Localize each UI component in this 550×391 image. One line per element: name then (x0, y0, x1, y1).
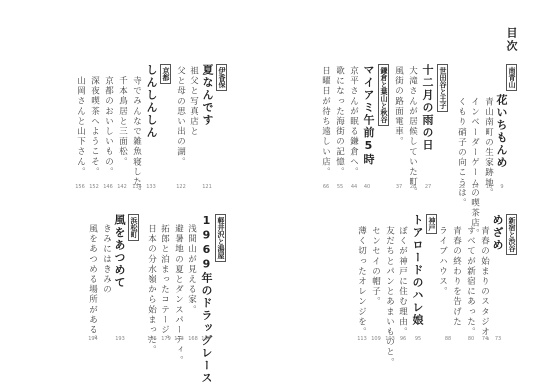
chapter-title[interactable]: しんしんしん (146, 64, 157, 139)
chapter-title[interactable]: 十二月の雨の日 (422, 64, 433, 152)
chapter-title[interactable]: トアロードのハレ娘 (412, 214, 423, 327)
toc-entry[interactable]: 日曜日が待ち遠しい店。 (321, 66, 330, 177)
toc-entry[interactable]: 薄く切ったオレンジを。 (357, 226, 366, 337)
page-number: 168 (188, 336, 198, 342)
chapter-title[interactable]: 夏なんです (202, 64, 213, 127)
toc-entry[interactable]: 山岡さんと山下さん。 (76, 76, 85, 177)
page-number: 167 (201, 336, 211, 342)
page-number: 185 (147, 336, 157, 342)
toc-entry[interactable]: すべてが新宿にあった。 (466, 226, 475, 337)
toc-entry[interactable]: 深夜喫茶へようこそ。 (90, 76, 99, 177)
toc-entry[interactable]: きみにはきみの (102, 224, 111, 295)
page-number: 109 (371, 336, 381, 342)
area-label-kyoto: 京都 (160, 64, 171, 84)
page-number: 173 (174, 336, 184, 342)
chapter-title[interactable]: めざめ (492, 214, 503, 252)
area-label-kamakura-hayama-akiya: 鎌倉と葉山と秋谷 (378, 64, 389, 126)
toc-entry[interactable]: センセイの帽子。 (371, 226, 380, 307)
page-number: 9 (500, 184, 503, 190)
page-number: 40 (364, 184, 370, 190)
toc-entry[interactable]: 寺でみんなで雑魚寝した。 (132, 76, 141, 197)
area-label-minami-aoyama: 南青山 (506, 64, 517, 91)
chapter-title[interactable]: 風をあつめて (114, 214, 125, 289)
toc-entry[interactable]: 青春の終わりを告げた (452, 226, 461, 327)
toc-entry[interactable]: 風街の路面電車。 (394, 66, 403, 147)
page-number: 37 (396, 184, 402, 190)
page-number: 103 (385, 336, 395, 342)
page-number: 142 (117, 184, 127, 190)
toc-entry[interactable]: 歌になった海街の記憶。 (335, 66, 344, 177)
toc-entry[interactable]: 祖父と写真店と (189, 66, 198, 137)
page-number: 96 (400, 336, 406, 342)
chapter-title[interactable]: マイアミ午前5時 (363, 64, 374, 166)
toc-entry[interactable]: インベーダーゲームの喫茶店。 (470, 97, 479, 238)
page-number: 193 (115, 336, 125, 342)
toc-entry[interactable]: 友だちとパンとあまいものと。 (385, 226, 394, 367)
page-number: 179 (161, 336, 171, 342)
page-number: 156 (75, 184, 85, 190)
toc-entry[interactable]: 千本鳥居と三面松。 (118, 76, 127, 167)
toc-entry[interactable]: 青春の始まりのスタジオ。 (480, 226, 489, 347)
page-number: 44 (351, 184, 357, 190)
page-number: 22 (459, 184, 465, 190)
page-number: 74 (482, 336, 488, 342)
toc-entry[interactable]: 浅間山が見える家。 (187, 224, 196, 315)
toc-title: 目次 (506, 27, 517, 53)
area-label-setagaya-oji: 世田谷と王子 (437, 64, 448, 112)
area-label-karuizawa: 軽井沢と湯屋 (215, 214, 226, 262)
chapter-title[interactable]: 花いちもんめ (496, 94, 507, 169)
page-number: 88 (445, 336, 451, 342)
toc-entry[interactable]: くもり硝子の向こうは。 (457, 97, 466, 208)
page-number: 134 (132, 184, 142, 190)
toc-entry[interactable]: 拓郎と泊まったコテージ。 (160, 224, 169, 345)
page-number: 73 (495, 336, 501, 342)
page-number: 28 (410, 184, 416, 190)
toc-entry[interactable]: 京都のおいしいもの。 (104, 76, 113, 177)
page-number: 133 (146, 184, 156, 190)
toc-entry[interactable]: 青山南町の生家跡地。 (484, 97, 493, 198)
chapter-title[interactable]: 1969年のドラッグレース (201, 214, 212, 385)
page-number: 10 (486, 184, 492, 190)
toc-entry[interactable]: ぼくが神戸に住む理由。 (398, 226, 407, 337)
area-label-ikaho: 伊香保 (216, 64, 227, 91)
area-label-kobe: 神戸 (426, 214, 437, 234)
toc-entry[interactable]: 避暑地の夏とダンスパーティ。 (174, 224, 183, 365)
area-label-shinjuku-shibuya: 新宿と渋谷 (506, 214, 517, 255)
toc-entry[interactable]: 京平さんが眠る鎌倉へ。 (349, 66, 358, 177)
toc-entry[interactable]: 大滝さんが居候していた町。 (408, 66, 417, 197)
page-number: 113 (357, 336, 367, 342)
page-number: 55 (337, 184, 343, 190)
page-number: 27 (425, 184, 431, 190)
page-number: 122 (176, 184, 186, 190)
toc-entry[interactable]: 父と母の思い出の湖。 (176, 66, 185, 167)
page-number: 66 (323, 184, 329, 190)
toc-entry[interactable]: 風をあつめる場所がある。 (88, 224, 97, 345)
page-number: 14 (472, 184, 478, 190)
page-number: 194 (88, 336, 98, 342)
page-number: 95 (415, 336, 421, 342)
area-label-hamamatsucho: 浜松町 (128, 214, 139, 241)
toc-entry[interactable]: ライブハウス。 (438, 226, 447, 297)
page-number: 121 (202, 184, 212, 190)
page-number: 152 (89, 184, 99, 190)
page-number: 80 (468, 336, 474, 342)
page-number: 146 (103, 184, 113, 190)
